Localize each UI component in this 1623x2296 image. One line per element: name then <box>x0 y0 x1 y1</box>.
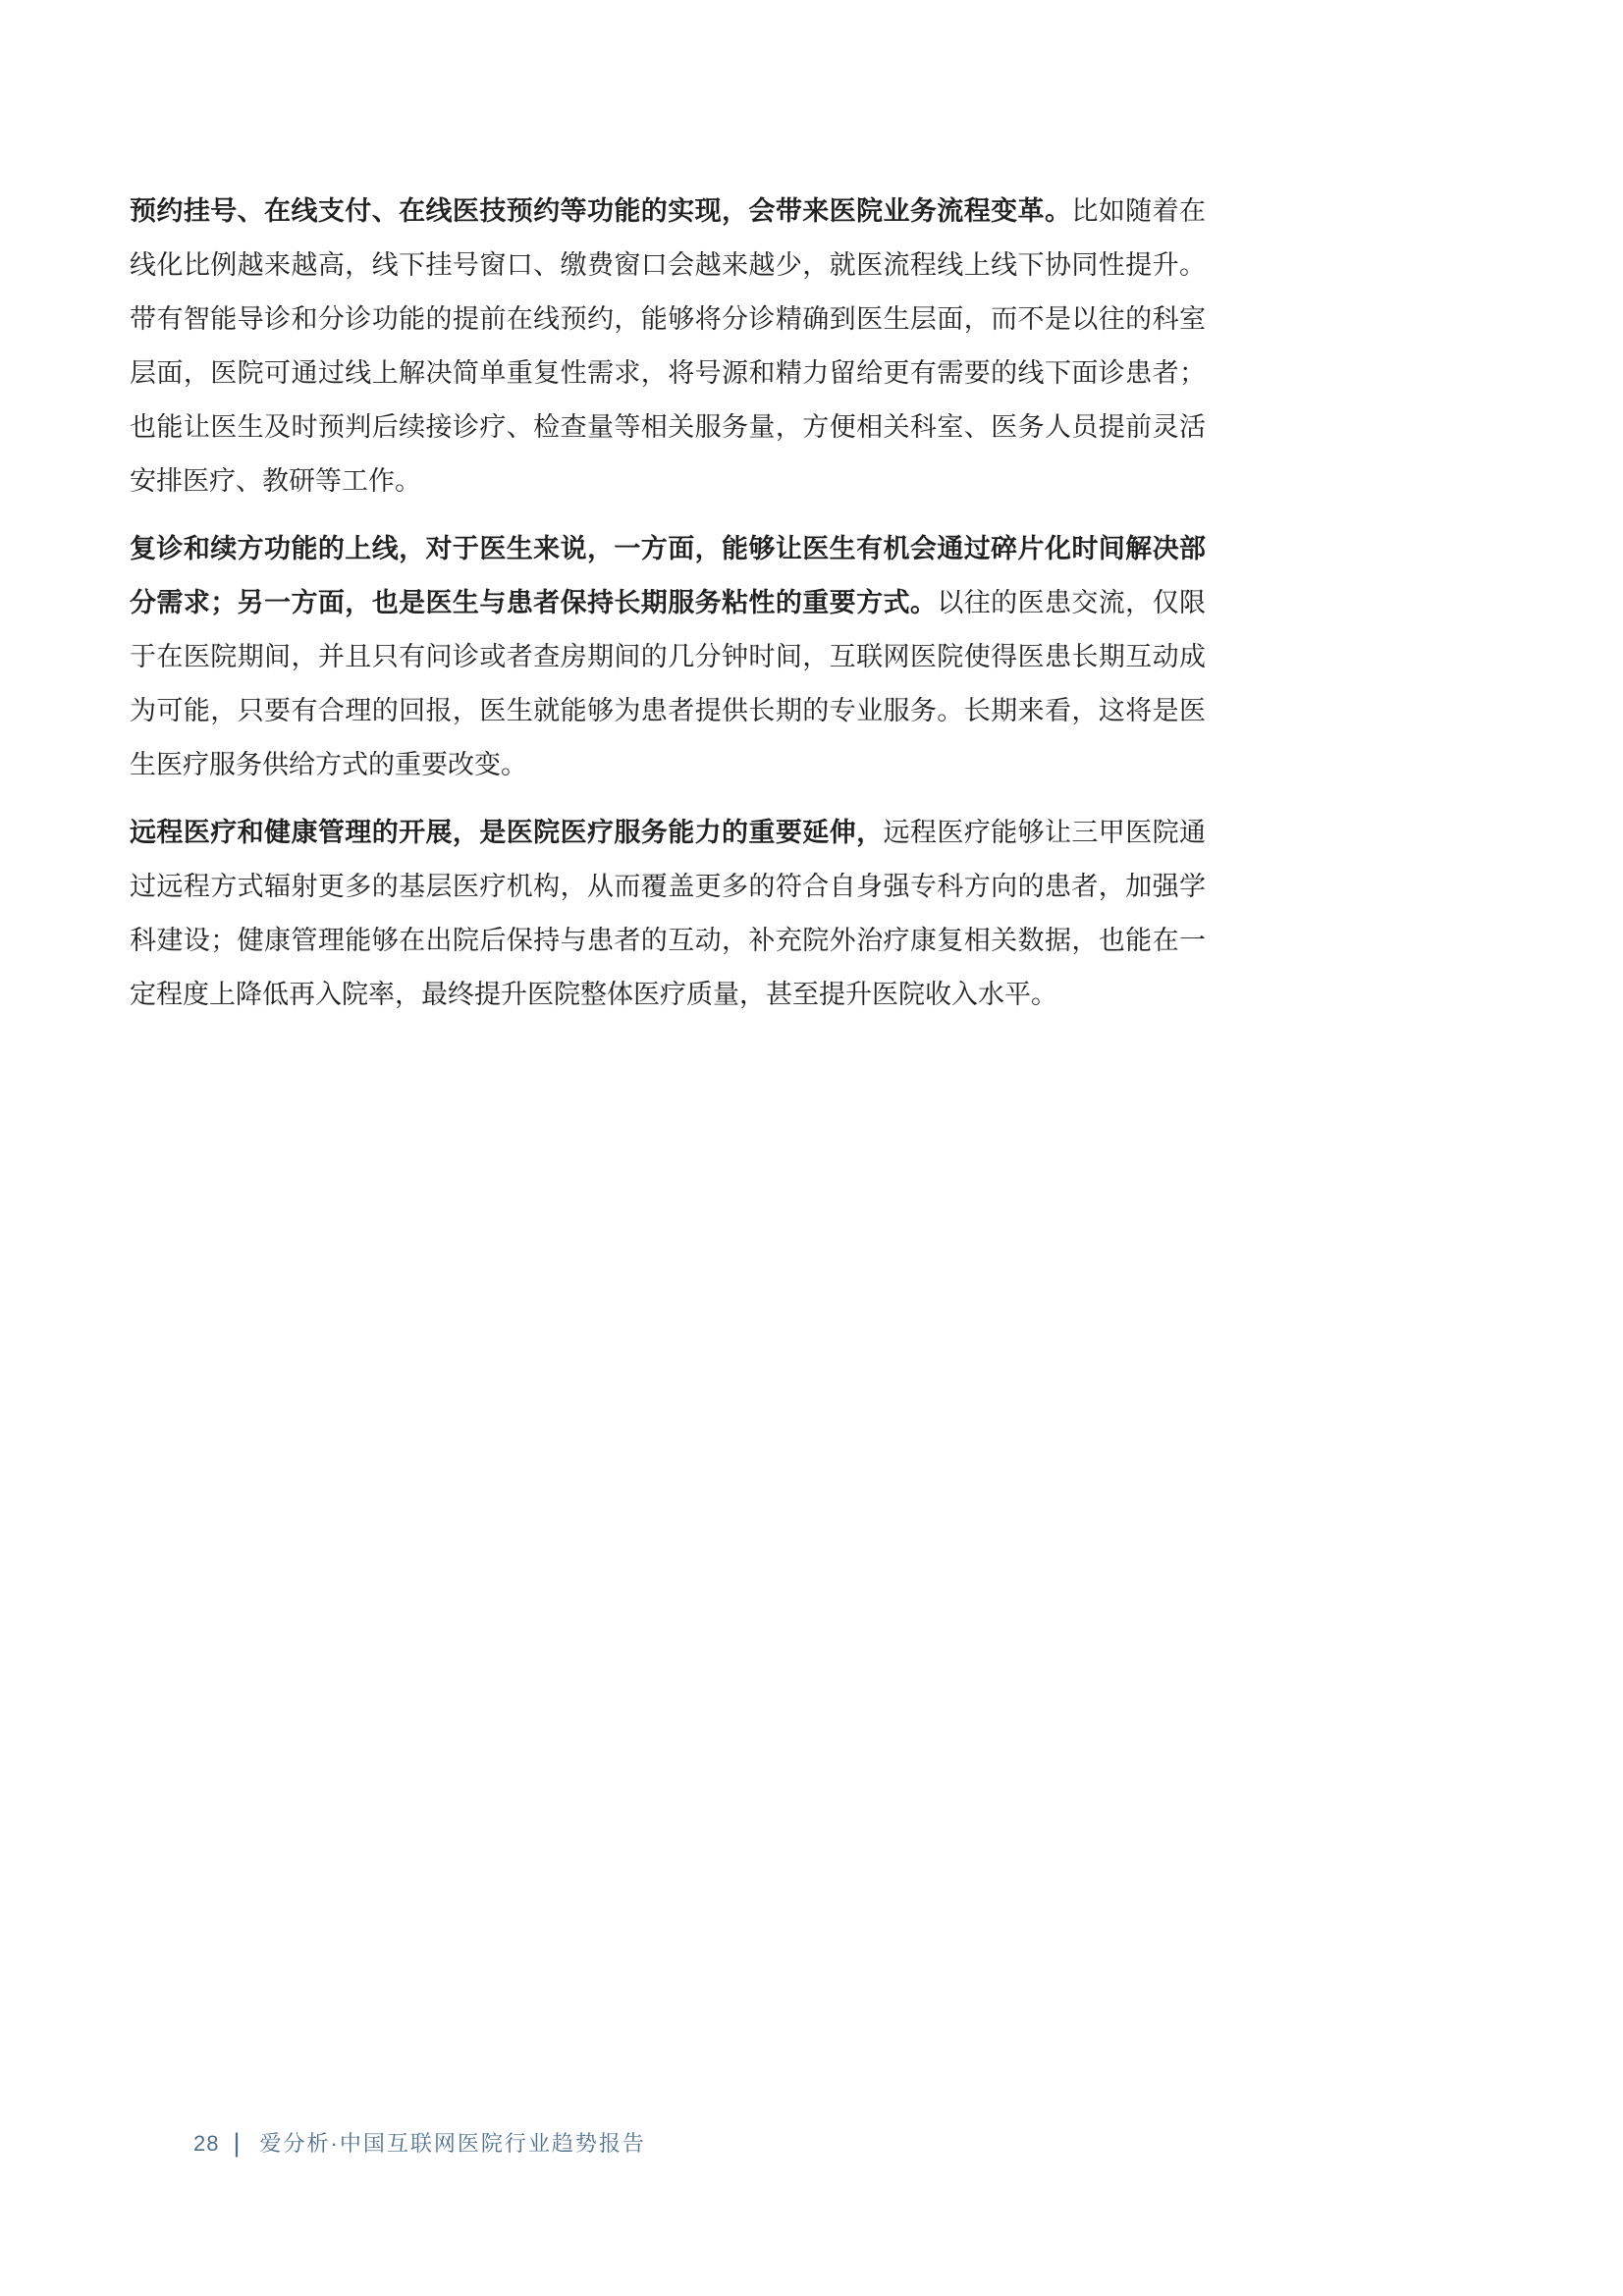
paragraph: 预约挂号、在线支付、在线医技预约等功能的实现，会带来医院业务流程变革。比如随着在… <box>130 185 1206 508</box>
footer-divider: | <box>233 2127 240 2159</box>
bold-text-run: 远程医疗和健康管理的开展，是医院医疗服务能力的重要延伸， <box>130 818 884 847</box>
text-run: 比如随着在线化比例越来越高，线下挂号窗口、缴费窗口会越来越少，就医流程线上线下协… <box>130 196 1206 496</box>
body-text: 预约挂号、在线支付、在线医技预约等功能的实现，会带来医院业务流程变革。比如随着在… <box>130 185 1206 1022</box>
document-page: 预约挂号、在线支付、在线医技预约等功能的实现，会带来医院业务流程变革。比如随着在… <box>0 0 1623 2296</box>
page-number: 28 <box>193 2128 219 2160</box>
bold-text-run: 预约挂号、在线支付、在线医技预约等功能的实现，会带来医院业务流程变革。 <box>130 196 1071 226</box>
page-footer: 28 | 爱分析·中国互联网医院行业趋势报告 <box>193 2128 646 2160</box>
footer-report-title: 爱分析·中国互联网医院行业趋势报告 <box>260 2128 646 2160</box>
paragraph: 复诊和续方功能的上线，对于医生来说，一方面，能够让医生有机会通过碎片化时间解决部… <box>130 522 1206 792</box>
paragraph: 远程医疗和健康管理的开展，是医院医疗服务能力的重要延伸，远程医疗能够让三甲医院通… <box>130 806 1206 1022</box>
